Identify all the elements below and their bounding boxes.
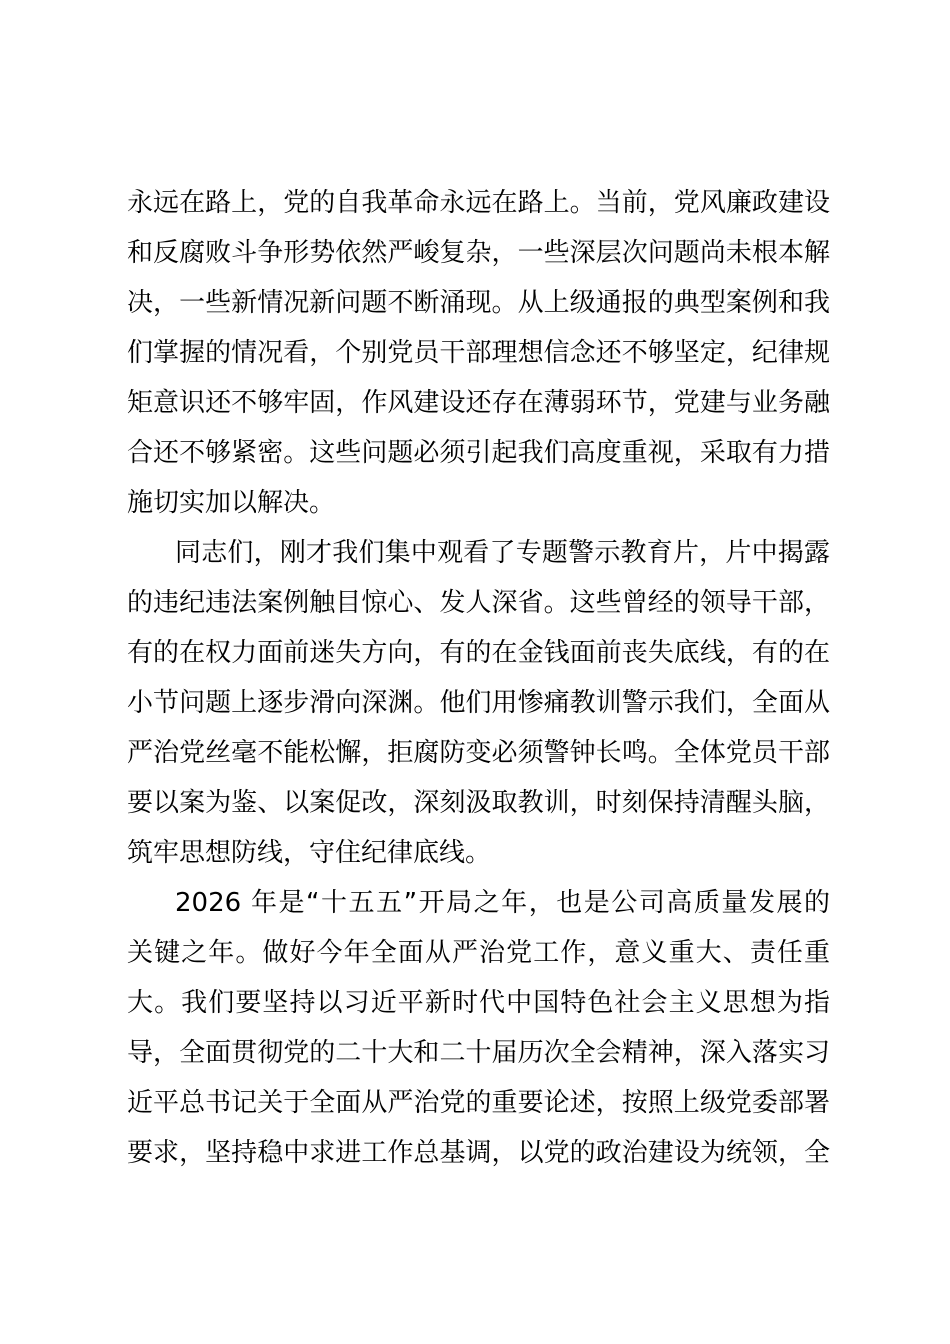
document-text-block: 永远在路上，党的自我革命永远在路上。当前，党风廉政建设 和反腐败斗争形势依然严峻… bbox=[127, 178, 830, 1178]
paragraph: 同志们，刚才我们集中观看了专题警示教育片，片中揭露 的违纪违法案例触目惊心、发人… bbox=[127, 528, 830, 878]
text-line: 要求，坚持稳中求进工作总基调，以党的政治建设为统领，全 bbox=[127, 1128, 830, 1178]
text-line: 关键之年。做好今年全面从严治党工作，意义重大、责任重 bbox=[127, 928, 830, 978]
text-line: 筑牢思想防线，守住纪律底线。 bbox=[127, 828, 830, 878]
text-line: 施切实加以解决。 bbox=[127, 478, 830, 528]
text-line: 同志们，刚才我们集中观看了专题警示教育片，片中揭露 bbox=[127, 528, 830, 578]
text-line: 严治党丝毫不能松懈，拒腐防变必须警钟长鸣。全体党员干部 bbox=[127, 728, 830, 778]
text-line: 近平总书记关于全面从严治党的重要论述，按照上级党委部署 bbox=[127, 1078, 830, 1128]
text-line: 决，一些新情况新问题不断涌现。从上级通报的典型案例和我 bbox=[127, 278, 830, 328]
text-line: 有的在权力面前迷失方向，有的在金钱面前丧失底线，有的在 bbox=[127, 628, 830, 678]
text-line: 的违纪违法案例触目惊心、发人深省。这些曾经的领导干部， bbox=[127, 578, 830, 628]
text-line: 和反腐败斗争形势依然严峻复杂，一些深层次问题尚未根本解 bbox=[127, 228, 830, 278]
text-line: 小节问题上逐步滑向深渊。他们用惨痛教训警示我们，全面从 bbox=[127, 678, 830, 728]
text-line: 大。我们要坚持以习近平新时代中国特色社会主义思想为指 bbox=[127, 978, 830, 1028]
document-page: 永远在路上，党的自我革命永远在路上。当前，党风廉政建设 和反腐败斗争形势依然严峻… bbox=[0, 0, 950, 1344]
text-line: 们掌握的情况看，个别党员干部理想信念还不够坚定，纪律规 bbox=[127, 328, 830, 378]
text-line: 矩意识还不够牢固，作风建设还存在薄弱环节，党建与业务融 bbox=[127, 378, 830, 428]
text-line: 2026 年是“十五五”开局之年，也是公司高质量发展的 bbox=[127, 878, 830, 928]
paragraph: 永远在路上，党的自我革命永远在路上。当前，党风廉政建设 和反腐败斗争形势依然严峻… bbox=[127, 178, 830, 528]
text-line: 合还不够紧密。这些问题必须引起我们高度重视，采取有力措 bbox=[127, 428, 830, 478]
text-line: 导，全面贯彻党的二十大和二十届历次全会精神，深入落实习 bbox=[127, 1028, 830, 1078]
text-line: 永远在路上，党的自我革命永远在路上。当前，党风廉政建设 bbox=[127, 178, 830, 228]
paragraph: 2026 年是“十五五”开局之年，也是公司高质量发展的 关键之年。做好今年全面从… bbox=[127, 878, 830, 1178]
text-line: 要以案为鉴、以案促改，深刻汲取教训，时刻保持清醒头脑， bbox=[127, 778, 830, 828]
